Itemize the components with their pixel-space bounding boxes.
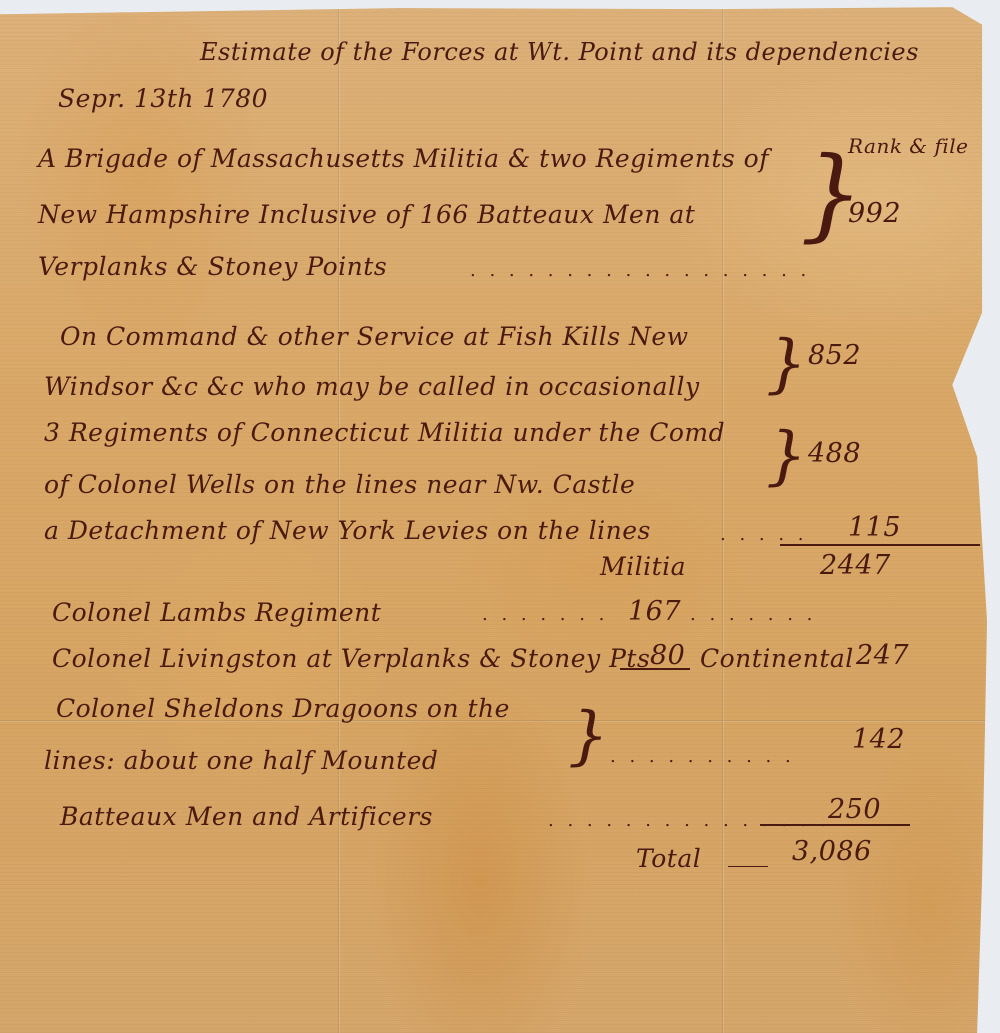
grand-total: 3,086: [792, 836, 872, 867]
leader-dots: . . . . .: [720, 524, 808, 545]
entry-3-value: 488: [808, 438, 861, 469]
document-date: Sepr. 13th 1780: [58, 84, 268, 113]
entry-2-value: 852: [808, 340, 861, 371]
batteaux-label: Batteaux Men and Artificers: [60, 802, 433, 831]
entry-1-line-2: New Hampshire Inclusive of 166 Batteaux …: [38, 200, 695, 229]
batteaux-value: 250: [828, 794, 881, 825]
leader-dots: . . . . . . . . . . . . . . .: [548, 810, 830, 831]
brace: }: [568, 704, 609, 768]
entry-1-value: 992: [848, 198, 901, 229]
entry-1-line-3: Verplanks & Stoney Points: [38, 252, 387, 281]
document-title: Estimate of the Forces at Wt. Point and …: [200, 38, 919, 66]
entry-3-line-1: 3 Regiments of Connecticut Militia under…: [44, 418, 725, 447]
sheldon-line-1: Colonel Sheldons Dragoons on the: [56, 694, 510, 723]
continental-total: 247: [856, 640, 909, 671]
total-rule: [760, 824, 910, 826]
dash: [728, 866, 768, 867]
continental-label: Continental: [700, 644, 854, 673]
entry-4-line-1: a Detachment of New York Levies on the l…: [44, 516, 651, 545]
sheldon-value: 142: [852, 724, 905, 755]
entry-4-value: 115: [848, 512, 901, 543]
sheldon-line-2: lines: about one half Mounted: [44, 746, 438, 775]
leader-dots: . . . . . . .: [690, 604, 816, 625]
militia-label: Militia: [600, 552, 686, 581]
continental-item-2-label: Colonel Livingston at Verplanks & Stoney…: [52, 644, 650, 673]
brace: }: [766, 332, 807, 396]
leader-dots: . . . . . . . . . .: [610, 746, 795, 767]
manuscript-page: Estimate of the Forces at Wt. Point and …: [0, 4, 992, 1033]
entry-2-line-2: Windsor &c &c who may be called in occas…: [44, 372, 700, 401]
entry-3-line-2: of Colonel Wells on the lines near Nw. C…: [44, 470, 635, 499]
continental-item-2-value: 80: [650, 640, 685, 671]
total-label: Total: [636, 844, 701, 873]
militia-total: 2447: [820, 550, 891, 581]
brace: }: [800, 144, 864, 244]
leader-dots: . . . . . . . . . . . . . . . . . .: [470, 260, 810, 281]
underline: [620, 668, 690, 670]
continental-item-1-label: Colonel Lambs Regiment: [52, 598, 381, 627]
subtotal-rule: [780, 544, 980, 546]
continental-item-1-value: 167: [628, 596, 681, 627]
column-header: Rank & file: [848, 134, 969, 158]
brace: }: [766, 424, 807, 488]
entry-2-line-1: On Command & other Service at Fish Kills…: [60, 322, 689, 351]
leader-dots: . . . . . . .: [482, 604, 608, 625]
entry-1-line-1: A Brigade of Massachusetts Militia & two…: [38, 144, 769, 173]
